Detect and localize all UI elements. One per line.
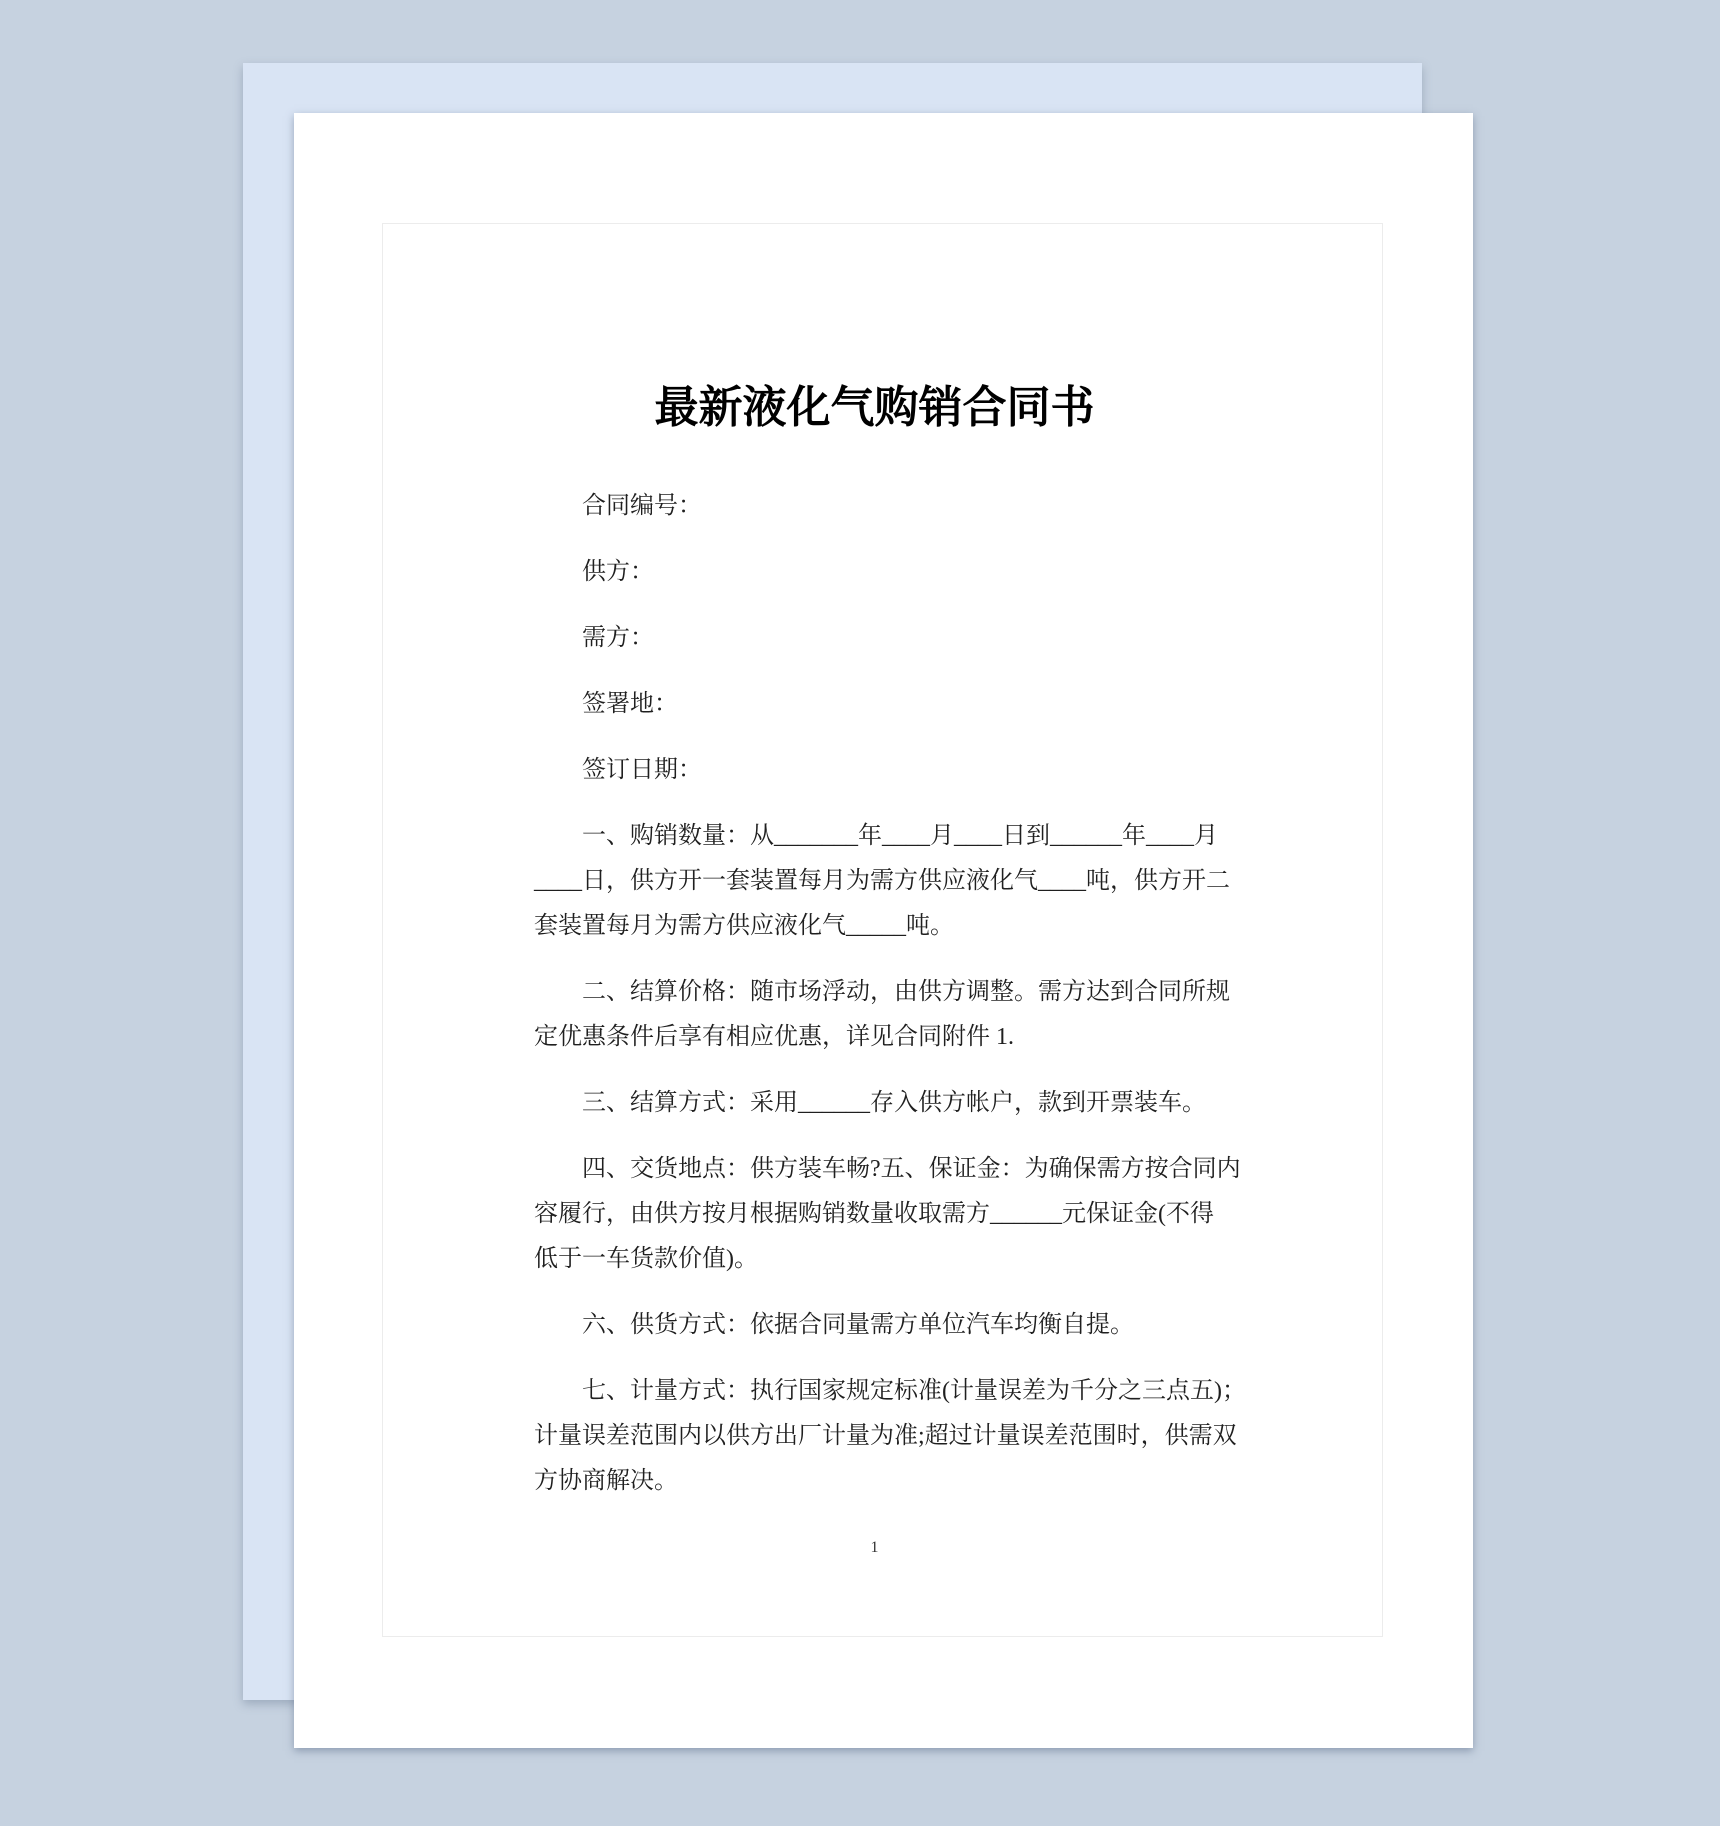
clause-line: ____日，供方开一套装置每月为需方供应液化气____吨，供方开二	[534, 859, 1215, 904]
clause-line: 四、交货地点：供方装车畅?五、保证金：为确保需方按合同内	[534, 1147, 1215, 1192]
clause-line: 二、结算价格：随市场浮动，由供方调整。需方达到合同所规	[534, 970, 1215, 1015]
document-title: 最新液化气购销合同书	[534, 384, 1215, 432]
document-page: 最新液化气购销合同书 合同编号： 供方： 需方： 签署地： 签订日期： 一、购销…	[294, 113, 1473, 1748]
field-contract-number: 合同编号：	[534, 484, 1215, 529]
field-signing-place: 签署地：	[534, 682, 1215, 727]
clause-2-price: 二、结算价格：随市场浮动，由供方调整。需方达到合同所规 定优惠条件后享有相应优惠…	[534, 970, 1215, 1060]
page-number: 1	[534, 1525, 1215, 1570]
clause-line: 计量误差范围内以供方出厂计量为准;超过计量误差范围时，供需双	[534, 1414, 1215, 1459]
clause-1-quantity: 一、购销数量：从_______年____月____日到______年____月 …	[534, 814, 1215, 949]
clause-line: 定优惠条件后享有相应优惠，详见合同附件 1.	[534, 1015, 1215, 1060]
clause-line: 三、结算方式：采用______存入供方帐户，款到开票装车。	[534, 1081, 1215, 1126]
desk-background: { "colors": { "backdrop": "#c6d2e0", "ba…	[0, 0, 1720, 1826]
clause-line: 七、计量方式：执行国家规定标准(计量误差为千分之三点五)；	[534, 1369, 1215, 1414]
clause-3-settlement: 三、结算方式：采用______存入供方帐户，款到开票装车。	[534, 1081, 1215, 1126]
clause-line: 方协商解决。	[534, 1459, 1215, 1504]
clause-line: 低于一车货款价值)。	[534, 1237, 1215, 1282]
clause-line: 套装置每月为需方供应液化气_____吨。	[534, 904, 1215, 949]
content-border-frame: 最新液化气购销合同书 合同编号： 供方： 需方： 签署地： 签订日期： 一、购销…	[382, 223, 1383, 1637]
clause-line: 一、购销数量：从_______年____月____日到______年____月	[534, 814, 1215, 859]
clause-7-measurement: 七、计量方式：执行国家规定标准(计量误差为千分之三点五)； 计量误差范围内以供方…	[534, 1369, 1215, 1504]
field-supplier: 供方：	[534, 550, 1215, 595]
field-signing-date: 签订日期：	[534, 748, 1215, 793]
field-buyer: 需方：	[534, 616, 1215, 661]
clause-4-5-delivery-deposit: 四、交货地点：供方装车畅?五、保证金：为确保需方按合同内 容履行，由供方按月根据…	[534, 1147, 1215, 1282]
clause-line: 容履行，由供方按月根据购销数量收取需方______元保证金(不得	[534, 1192, 1215, 1237]
clause-line: 六、供货方式：依据合同量需方单位汽车均衡自提。	[534, 1303, 1215, 1348]
clause-6-supply-method: 六、供货方式：依据合同量需方单位汽车均衡自提。	[534, 1303, 1215, 1348]
